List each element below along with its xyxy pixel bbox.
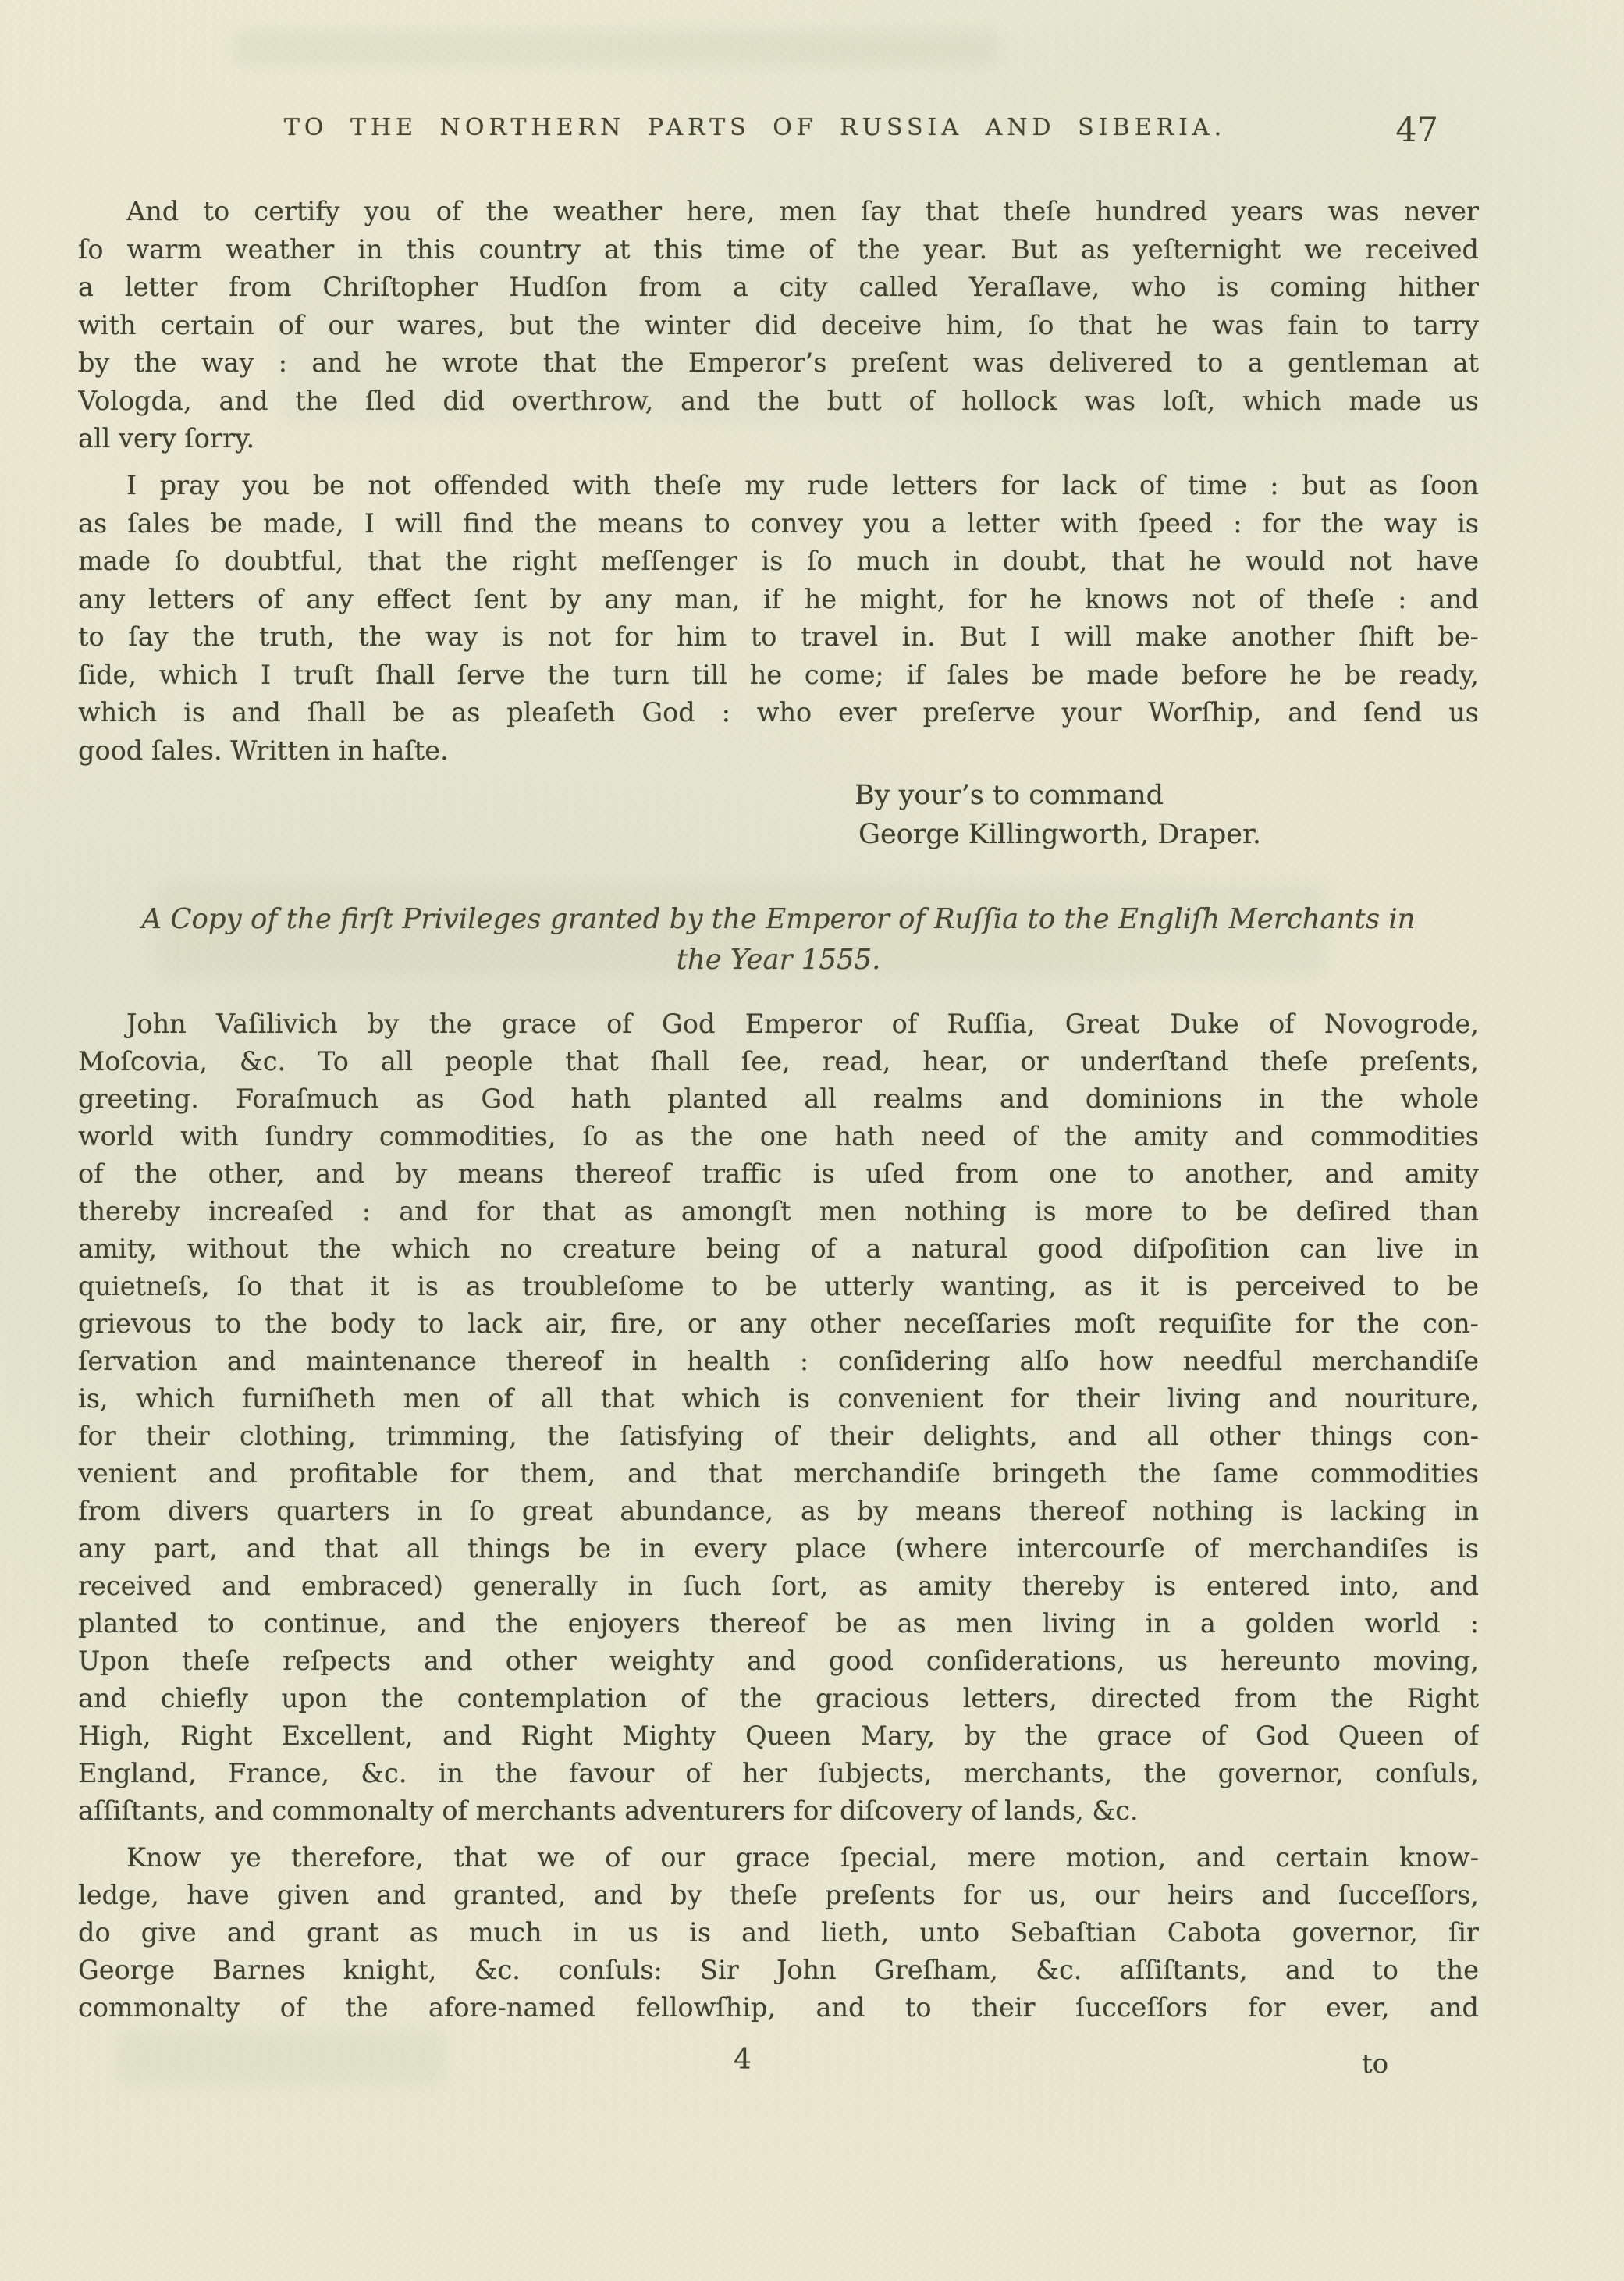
show-through-smudge	[234, 31, 999, 66]
text-line: good ſales. Written in haſte.	[78, 732, 1479, 770]
charter-paragraphs-1: John Vaſilivich by the grace of God Empe…	[78, 1005, 1479, 1830]
text-line: aſſiſtants, and commonalty of merchants …	[78, 1792, 1479, 1830]
text-line: is, which furniſheth men of all that whi…	[78, 1380, 1479, 1418]
text-line: any letters of any effect ſent by any ma…	[78, 581, 1479, 619]
text-line: England, France, &c. in the favour of he…	[78, 1755, 1479, 1792]
closing-salutation: By your’s to command	[855, 780, 1323, 811]
text-line: John Vaſilivich by the grace of God Empe…	[78, 1005, 1479, 1043]
text-line: ſervation and maintenance thereof in hea…	[78, 1343, 1479, 1380]
page-number: 47	[1395, 111, 1438, 150]
text-line: George Barnes knight, &c. conſuls: Sir J…	[78, 1952, 1479, 1989]
text-line: Know ye therefore, that we of our grace …	[78, 1839, 1479, 1877]
paragraph: John Vaſilivich by the grace of God Empe…	[78, 1005, 1479, 1830]
text-line: Upon theſe reſpects and other weighty an…	[78, 1642, 1479, 1680]
text-line: I pray you be not offended with theſe my…	[78, 467, 1479, 505]
text-line: received and embraced) generally in ſuch…	[78, 1568, 1479, 1605]
paragraph: And to certify you of the weather here, …	[78, 193, 1479, 458]
text-line: And to certify you of the weather here, …	[78, 193, 1479, 231]
text-line: as ſales be made, I will find the means …	[78, 505, 1479, 543]
text-line: from divers quarters in ſo great abundan…	[78, 1493, 1479, 1530]
text-line: which is and ſhall be as pleaſeth God : …	[78, 694, 1479, 732]
charter-paragraphs-2: Know ye therefore, that we of our grace …	[78, 1839, 1479, 2027]
running-header-title: TO THE NORTHERN PARTS OF RUSSIA AND SIBE…	[55, 114, 1455, 141]
book-page-scan: TO THE NORTHERN PARTS OF RUSSIA AND SIBE…	[0, 0, 1624, 2281]
text-line: commonalty of the afore-named fellowſhip…	[78, 1989, 1479, 2027]
text-line: High, Right Excellent, and Right Mighty …	[78, 1717, 1479, 1755]
text-line: and chiefly upon the contemplation of th…	[78, 1680, 1479, 1717]
letter-paragraphs-1: And to certify you of the weather here, …	[78, 193, 1479, 458]
charter-heading-line1: A Copy of the firſt Privileges granted b…	[78, 899, 1479, 940]
text-line: Vologda, and the ſled did overthrow, and…	[78, 383, 1479, 421]
text-line: venient and profitable for them, and tha…	[78, 1455, 1479, 1493]
text-line: all very ſorry.	[78, 420, 1479, 458]
text-line: thereby increaſed : and for that as amon…	[78, 1193, 1479, 1230]
text-line: with certain of our wares, but the winte…	[78, 307, 1479, 345]
text-line: of the other, and by means thereof traff…	[78, 1155, 1479, 1193]
text-line: a letter from Chriſtopher Hudſon from a …	[78, 269, 1479, 307]
closing-signature: George Killingworth, Draper.	[858, 819, 1452, 850]
text-line: amity, without the which no creature bei…	[78, 1230, 1479, 1268]
text-line: grievous to the body to lack air, fire, …	[78, 1305, 1479, 1343]
text-line: ledge, have given and granted, and by th…	[78, 1877, 1479, 1914]
catchword: to	[1362, 2048, 1388, 2080]
text-line: made ſo doubtful, that the right meſſeng…	[78, 543, 1479, 581]
text-line: for their clothing, trimming, the ſatisf…	[78, 1418, 1479, 1455]
text-line: world with ſundry commodities, ſo as the…	[78, 1118, 1479, 1155]
text-line: quietneſs, ſo that it is as troubleſome …	[78, 1268, 1479, 1305]
text-line: Moſcovia, &c. To all people that ſhall ſ…	[78, 1043, 1479, 1080]
letter-paragraphs-2: I pray you be not offended with theſe my…	[78, 467, 1479, 770]
text-line: any part, and that all things be in ever…	[78, 1530, 1479, 1568]
paragraph: I pray you be not offended with theſe my…	[78, 467, 1479, 770]
text-line: do give and grant as much in us is and l…	[78, 1914, 1479, 1952]
running-head: TO THE NORTHERN PARTS OF RUSSIA AND SIBE…	[78, 114, 1479, 151]
show-through-smudge	[117, 2030, 445, 2084]
text-line: planted to continue, and the enjoyers th…	[78, 1605, 1479, 1642]
charter-heading: A Copy of the firſt Privileges granted b…	[78, 899, 1479, 980]
text-line: by the way : and he wrote that the Emper…	[78, 344, 1479, 383]
text-line: greeting. Foraſmuch as God hath planted …	[78, 1080, 1479, 1118]
charter-heading-line2: the Year 1555.	[78, 940, 1479, 980]
signature-mark: 4	[734, 2044, 752, 2076]
paragraph: Know ye therefore, that we of our grace …	[78, 1839, 1479, 2027]
text-line: ſo warm weather in this country at this …	[78, 231, 1479, 269]
text-line: ſide, which I truſt ſhall ſerve the turn…	[78, 657, 1479, 695]
text-line: to ſay the truth, the way is not for him…	[78, 618, 1479, 657]
